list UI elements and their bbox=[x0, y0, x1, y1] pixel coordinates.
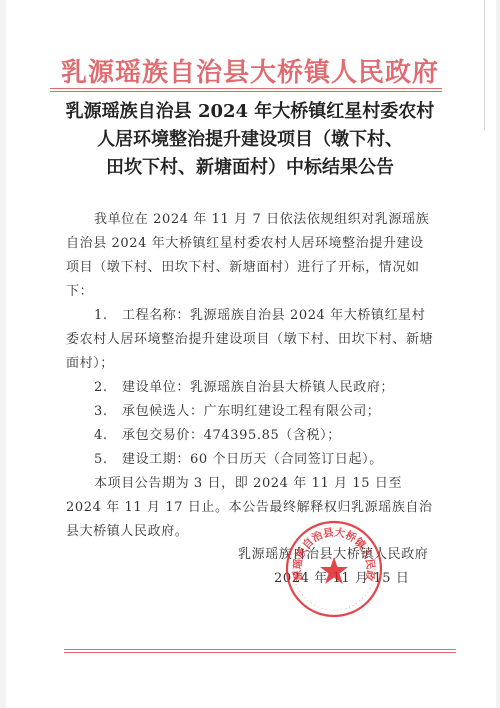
item-contract-price: 4.承包交易价：474395.85（含税）； bbox=[66, 424, 436, 448]
item-value: 广东明红建设工程有限公司； bbox=[204, 404, 381, 419]
header-divider bbox=[50, 88, 442, 92]
signature-block: 乳源瑶族自治县大桥镇人民政府 2024 年 11 月 15 日 bbox=[238, 543, 468, 591]
item-label: 建设工期： bbox=[122, 452, 190, 467]
item-contractor-candidate: 3.承包候选人：广东明红建设工程有限公司； bbox=[66, 400, 436, 424]
title-line-3: 田坎下村、新塘面村）中标结果公告 bbox=[0, 154, 500, 182]
document-title: 乳源瑶族自治县 2024 年大桥镇红星村委农村 人居环境整治提升建设项目（墩下村… bbox=[0, 98, 500, 182]
intro-paragraph: 我单位在 2024 年 11 月 7 日依法依规组织对乳源瑶族自治县 2024 … bbox=[66, 208, 436, 304]
item-value: 474395.85（含税）； bbox=[204, 428, 341, 443]
item-project-name: 1.工程名称：乳源瑶族自治县 2024 年大桥镇红星村委农村人居环境整治提升建设… bbox=[66, 304, 436, 376]
item-label: 承包候选人： bbox=[122, 404, 204, 419]
title-line-2: 人居环境整治提升建设项目（墩下村、 bbox=[0, 126, 500, 154]
agency-letterhead: 乳源瑶族自治县大桥镇人民政府 bbox=[0, 52, 500, 89]
item-label: 工程名称： bbox=[122, 308, 190, 323]
item-label: 建设单位： bbox=[122, 380, 190, 395]
footer-divider bbox=[64, 649, 456, 653]
item-label: 承包交易价： bbox=[122, 428, 204, 443]
signature-organization: 乳源瑶族自治县大桥镇人民政府 bbox=[238, 543, 468, 567]
item-construction-unit: 2.建设单位：乳源瑶族自治县大桥镇人民政府； bbox=[66, 376, 436, 400]
item-value: 60 个日历天（合同签订日起）。 bbox=[190, 452, 383, 467]
document-body: 我单位在 2024 年 11 月 7 日依法依规组织对乳源瑶族自治县 2024 … bbox=[66, 208, 436, 544]
item-value: 乳源瑶族自治县大桥镇人民政府； bbox=[190, 380, 394, 395]
closing-paragraph: 本项目公告期为 3 日，即 2024 年 11 月 15 日至 2024 年 1… bbox=[66, 472, 436, 544]
signature-date: 2024 年 11 月 15 日 bbox=[238, 567, 468, 591]
title-line-1: 乳源瑶族自治县 2024 年大桥镇红星村委农村 bbox=[0, 98, 500, 126]
item-construction-period: 5.建设工期：60 个日历天（合同签订日起）。 bbox=[66, 448, 436, 472]
